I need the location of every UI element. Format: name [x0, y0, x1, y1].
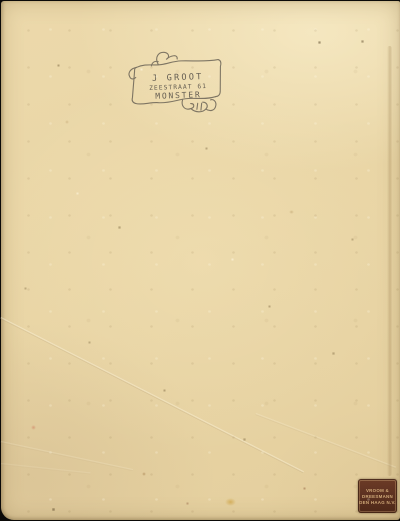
paper-crease-main — [0, 317, 304, 473]
banner-top-edge — [136, 60, 218, 68]
banner-right-edge — [214, 59, 222, 96]
foxing-spot — [142, 472, 146, 476]
scan-background: J GROOT ZEESTRAAT 61 MONSTER VROOM & DRE… — [0, 0, 400, 521]
foxing-spot — [289, 210, 294, 214]
foxing-spot — [31, 425, 36, 430]
banner-left-curl — [129, 67, 137, 79]
paper-fiber-speckles — [1, 1, 2, 2]
banner-tail-hatch — [197, 103, 202, 110]
banner-left-edge — [131, 67, 138, 103]
paper-crease-bottom-left-2 — [1, 463, 91, 474]
foxing-stain — [225, 498, 236, 506]
foxing-spot — [65, 120, 69, 124]
banner-top-flourish — [156, 52, 177, 65]
paper-crease-bottom-right — [255, 413, 396, 469]
stamp-name: J GROOT — [152, 72, 204, 84]
paper-crease-bottom-left — [1, 441, 133, 471]
retailer-label-line2: DREESMANN — [362, 494, 393, 499]
stamp-text-block: J GROOT ZEESTRAAT 61 MONSTER — [149, 72, 208, 101]
retailer-label-line3: DEN HAAG N.V. — [359, 500, 396, 505]
rubber-stamp: J GROOT ZEESTRAAT 61 MONSTER — [122, 48, 234, 120]
retailer-label-line1: VROOM & — [366, 488, 389, 493]
paper-edge-shadow — [387, 46, 392, 476]
banner-tail-loop-1 — [182, 99, 194, 109]
stamp-city: MONSTER — [155, 90, 202, 101]
photo-back-paper: J GROOT ZEESTRAAT 61 MONSTER VROOM & DRE… — [1, 1, 400, 520]
retailer-label: VROOM & DREESMANN DEN HAAG N.V. — [358, 479, 397, 513]
